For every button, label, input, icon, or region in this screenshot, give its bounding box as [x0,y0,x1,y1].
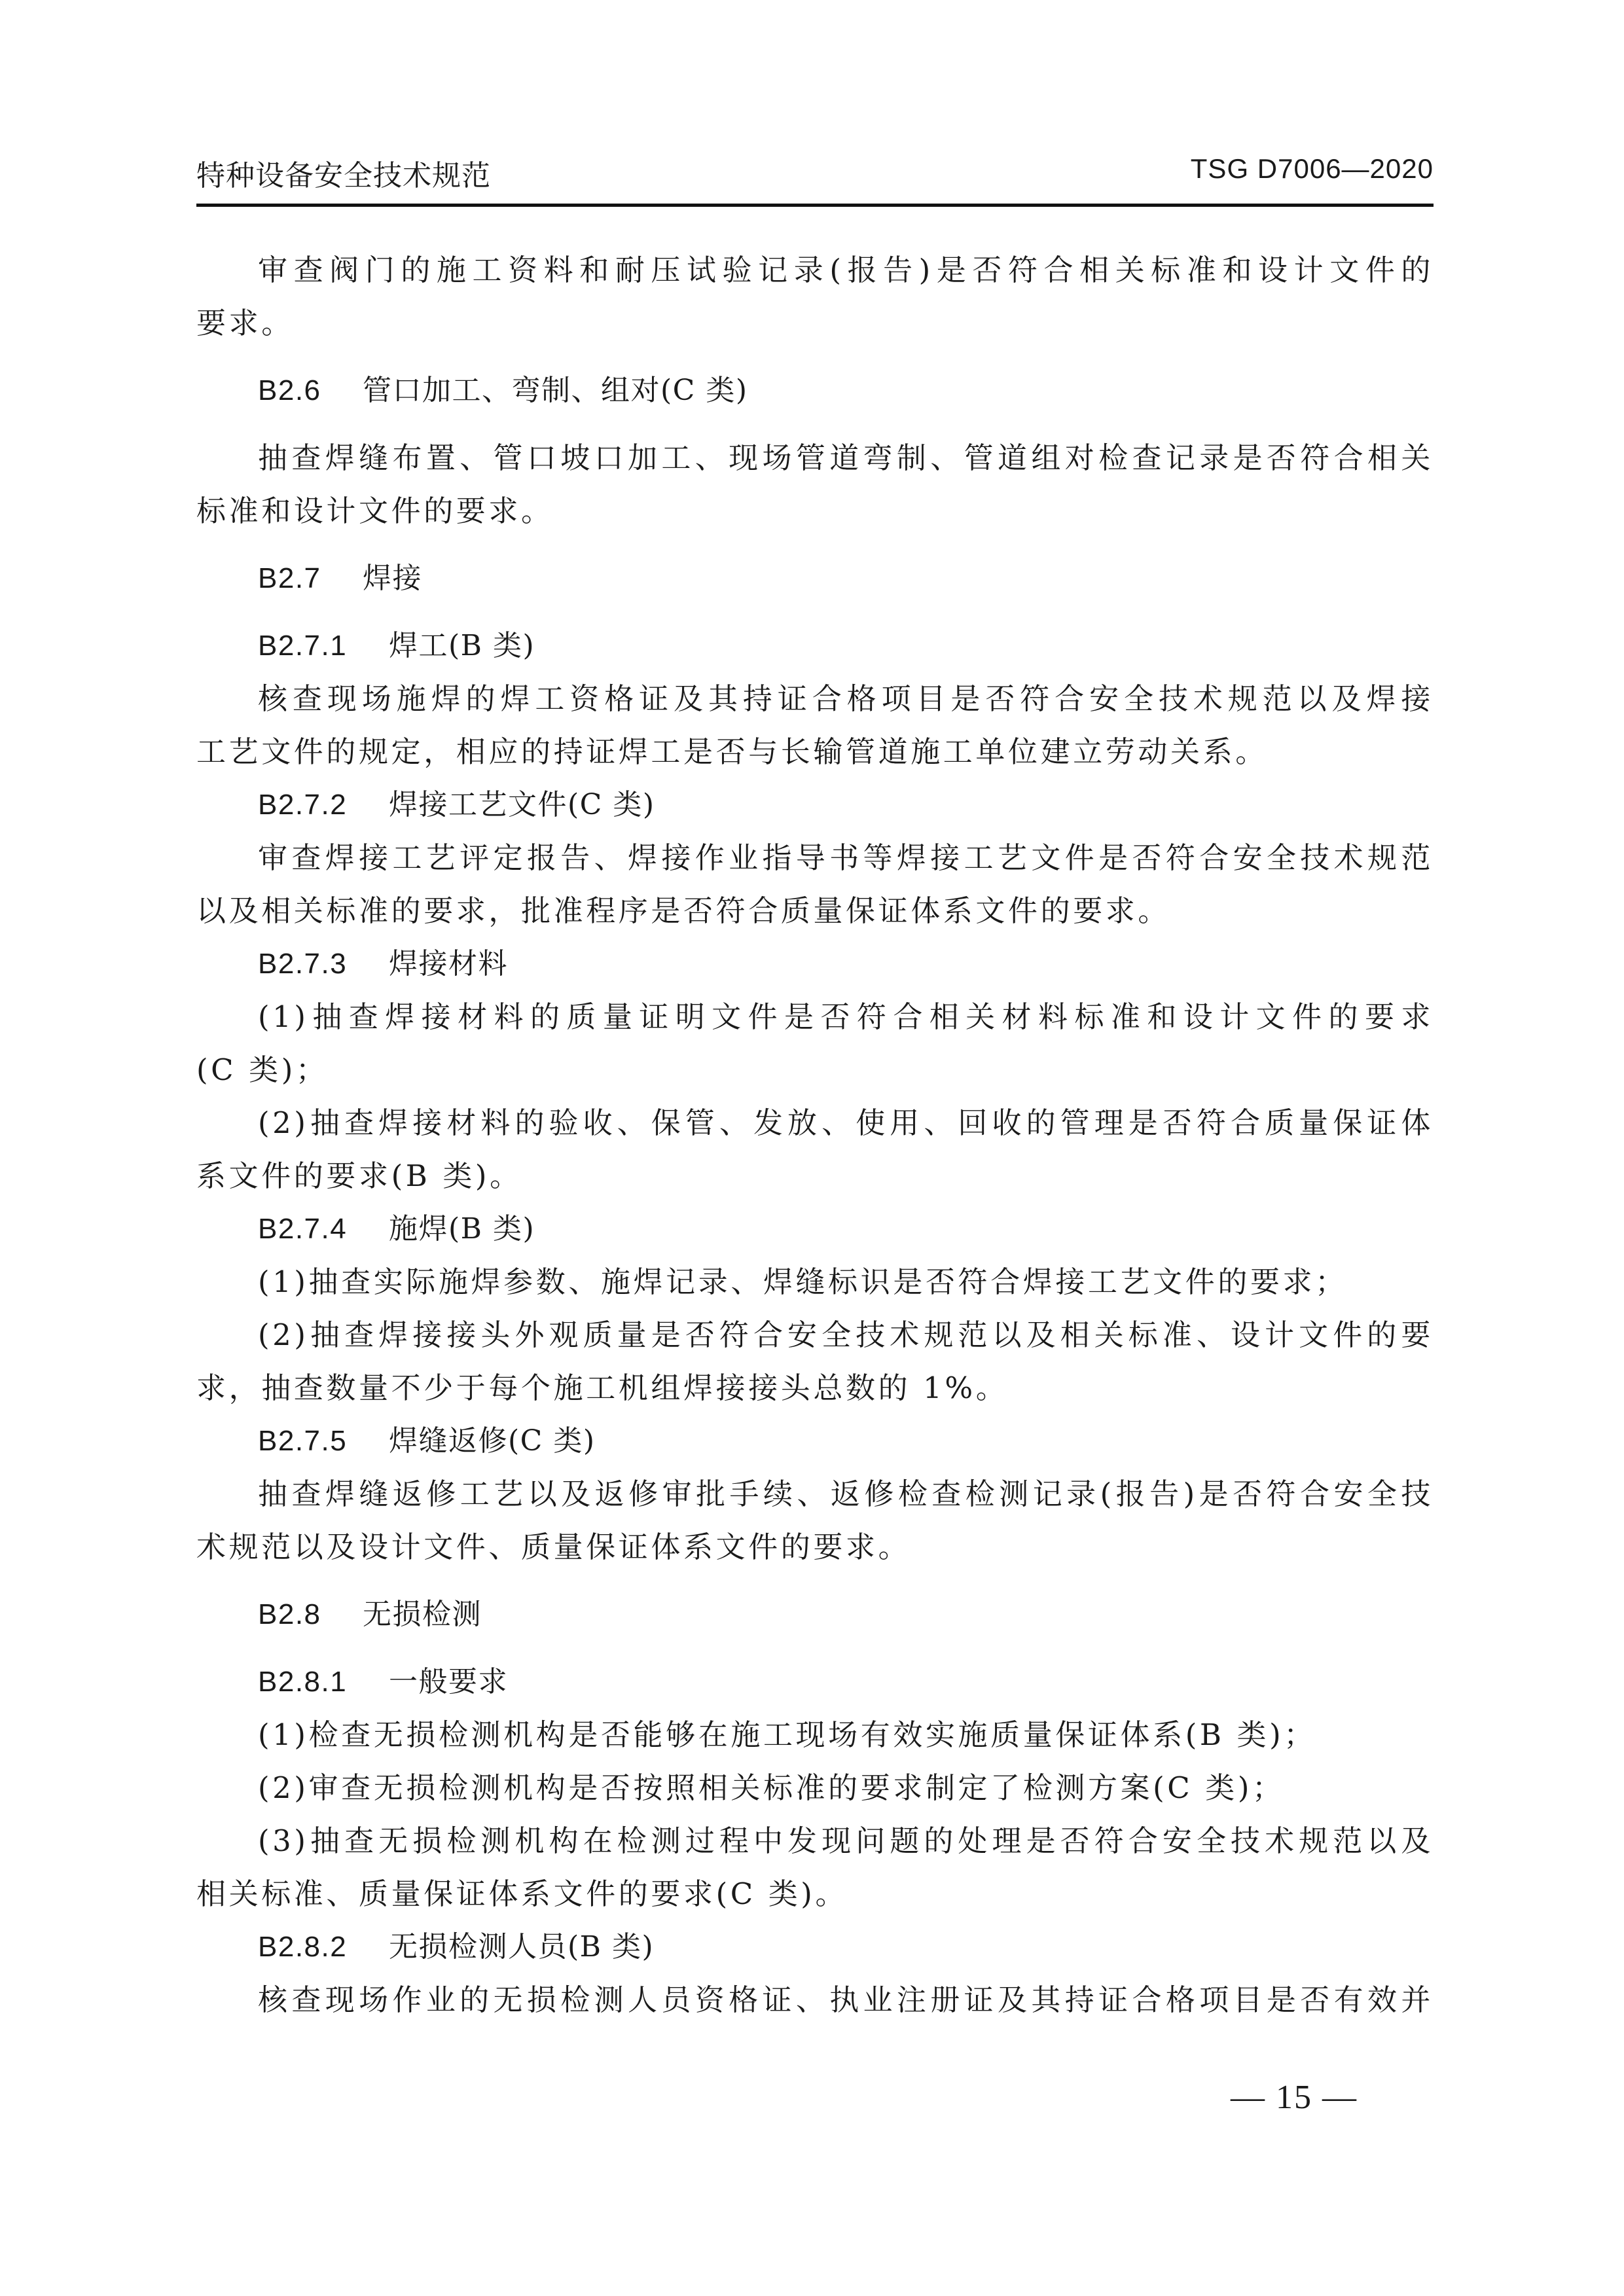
list-item-line: (2)审查无损检测机构是否按照相关标准的要求制定了检测方案(C 类)； [196,1761,1434,1814]
list-item-line: 求，抽查数量不少于每个施工机组焊接接头总数的 1%。 [196,1361,1434,1414]
section-number: B2.8.1 [258,1655,389,1708]
section-heading-b2-7-3: B2.7.3焊接材料 [196,937,1434,990]
document-body: 审查阀门的施工资料和耐压试验记录(报告)是否符合相关标准和设计文件的 要求。 B… [196,243,1434,2026]
section-title: 施焊(B 类) [389,1212,535,1246]
list-item-line: (3)抽查无损检测机构在检测过程中发现问题的处理是否符合安全技术规范以及 [196,1814,1434,1867]
header-title: 特种设备安全技术规范 [196,152,491,194]
list-item-line: (1)检查无损检测机构是否能够在施工现场有效实施质量保证体系(B 类)； [196,1708,1434,1761]
section-title: 一般要求 [389,1665,508,1698]
section-number: B2.7.1 [258,619,389,672]
paragraph-line: 工艺文件的规定，相应的持证焊工是否与长输管道施工单位建立劳动关系。 [196,725,1434,778]
section-heading-b2-7-5: B2.7.5焊缝返修(C 类) [196,1414,1434,1467]
list-item-line: (2)抽查焊接接头外观质量是否符合安全技术规范以及相关标准、设计文件的要 [196,1308,1434,1361]
section-heading-b2-7-1: B2.7.1焊工(B 类) [196,619,1434,672]
section-heading-b2-7: B2.7焊接 [196,552,1434,605]
list-item-line: 相关标准、质量保证体系文件的要求(C 类)。 [196,1867,1434,1920]
section-number: B2.7.3 [258,937,389,990]
section-number: B2.8.2 [258,1920,389,1973]
paragraph-line: 抽查焊缝布置、管口坡口加工、现场管道弯制、管道组对检查记录是否符合相关 [196,431,1434,484]
page-number: — 15 — [1231,2078,1358,2117]
paragraph-line: 核查现场施焊的焊工资格证及其持证合格项目是否符合安全技术规范以及焊接 [196,672,1434,725]
paragraph-line: 审查焊接工艺评定报告、焊接作业指导书等焊接工艺文件是否符合安全技术规范 [196,831,1434,884]
section-title: 焊工(B 类) [389,629,535,662]
section-heading-b2-8-2: B2.8.2无损检测人员(B 类) [196,1920,1434,1973]
paragraph-line: 抽查焊缝返修工艺以及返修审批手续、返修检查检测记录(报告)是否符合安全技 [196,1467,1434,1520]
section-heading-b2-8-1: B2.8.1一般要求 [196,1655,1434,1708]
header-rule [196,204,1434,207]
section-number: B2.6 [258,364,363,417]
paragraph-line: 要求。 [196,296,1434,350]
section-title: 焊接 [363,562,422,595]
section-heading-b2-8: B2.8无损检测 [196,1588,1434,1641]
section-title: 焊缝返修(C 类) [389,1424,595,1458]
paragraph-line: 标准和设计文件的要求。 [196,484,1434,537]
section-number: B2.7 [258,552,363,605]
paragraph-line: 审查阀门的施工资料和耐压试验记录(报告)是否符合相关标准和设计文件的 [196,243,1434,296]
section-number: B2.7.5 [258,1414,389,1467]
section-number: B2.7.2 [258,778,389,831]
section-number: B2.8 [258,1588,363,1641]
section-title: 焊接材料 [389,947,508,980]
section-heading-b2-7-4: B2.7.4施焊(B 类) [196,1202,1434,1255]
section-title: 焊接工艺文件(C 类) [389,788,655,821]
list-item-line: 系文件的要求(B 类)。 [196,1149,1434,1202]
header-standard-code: TSG D7006—2020 [1191,153,1434,185]
section-number: B2.7.4 [258,1202,389,1255]
list-item-line: (1)抽查实际施焊参数、施焊记录、焊缝标识是否符合焊接工艺文件的要求； [196,1255,1434,1308]
list-item-line: (C 类)； [196,1043,1434,1096]
paragraph-line: 以及相关标准的要求，批准程序是否符合质量保证体系文件的要求。 [196,884,1434,937]
section-heading-b2-6: B2.6管口加工、弯制、组对(C 类) [196,364,1434,417]
section-heading-b2-7-2: B2.7.2焊接工艺文件(C 类) [196,778,1434,831]
section-title: 无损检测 [363,1598,482,1631]
list-item-line: (1)抽查焊接材料的质量证明文件是否符合相关材料标准和设计文件的要求 [196,990,1434,1043]
list-item-line: (2)抽查焊接材料的验收、保管、发放、使用、回收的管理是否符合质量保证体 [196,1096,1434,1149]
section-title: 无损检测人员(B 类) [389,1930,654,1964]
paragraph-line: 核查现场作业的无损检测人员资格证、执业注册证及其持证合格项目是否有效并 [196,1973,1434,2026]
section-title: 管口加工、弯制、组对(C 类) [363,374,748,407]
paragraph-line: 术规范以及设计文件、质量保证体系文件的要求。 [196,1520,1434,1573]
running-header: 特种设备安全技术规范 TSG D7006—2020 [196,152,1434,198]
